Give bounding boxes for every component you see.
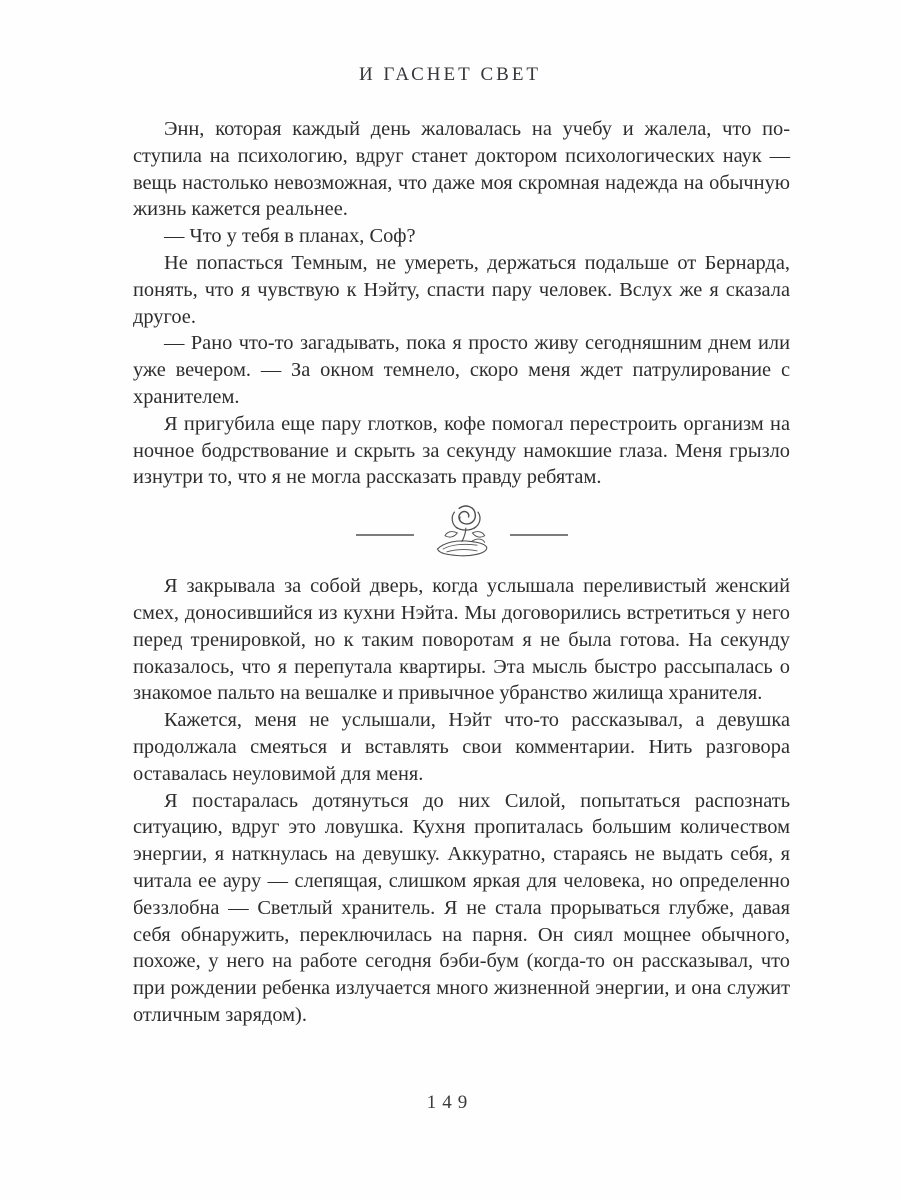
paragraph: Не попасться Темным, не умереть, держать…	[133, 250, 790, 330]
paragraph: Я постаралась дотянуться до них Силой, п…	[133, 788, 790, 1029]
section-break-rule-left	[356, 534, 414, 536]
paragraph: Я закрывала за собой дверь, когда услыша…	[133, 573, 790, 707]
body-text: Энн, которая каждый день жаловалась на у…	[133, 116, 790, 1029]
section-break-rule-right	[510, 534, 568, 536]
section-break	[133, 491, 790, 573]
book-page: И ГАСНЕТ СВЕТ Энн, которая каждый день ж…	[0, 0, 900, 1200]
paragraph: Кажется, меня не услышали, Нэйт что-то р…	[133, 707, 790, 787]
paragraph: Я пригубила еще пару глотков, кофе помог…	[133, 411, 790, 491]
paragraph: Энн, которая каждый день жаловалась на у…	[133, 116, 790, 223]
rose-ornament-icon	[428, 499, 496, 565]
paragraph-dialogue: — Что у тебя в планах, Соф?	[133, 223, 790, 250]
running-head: И ГАСНЕТ СВЕТ	[0, 64, 900, 86]
page-number: 149	[0, 1092, 900, 1114]
paragraph-dialogue: — Рано что-то загадывать, пока я просто …	[133, 330, 790, 410]
